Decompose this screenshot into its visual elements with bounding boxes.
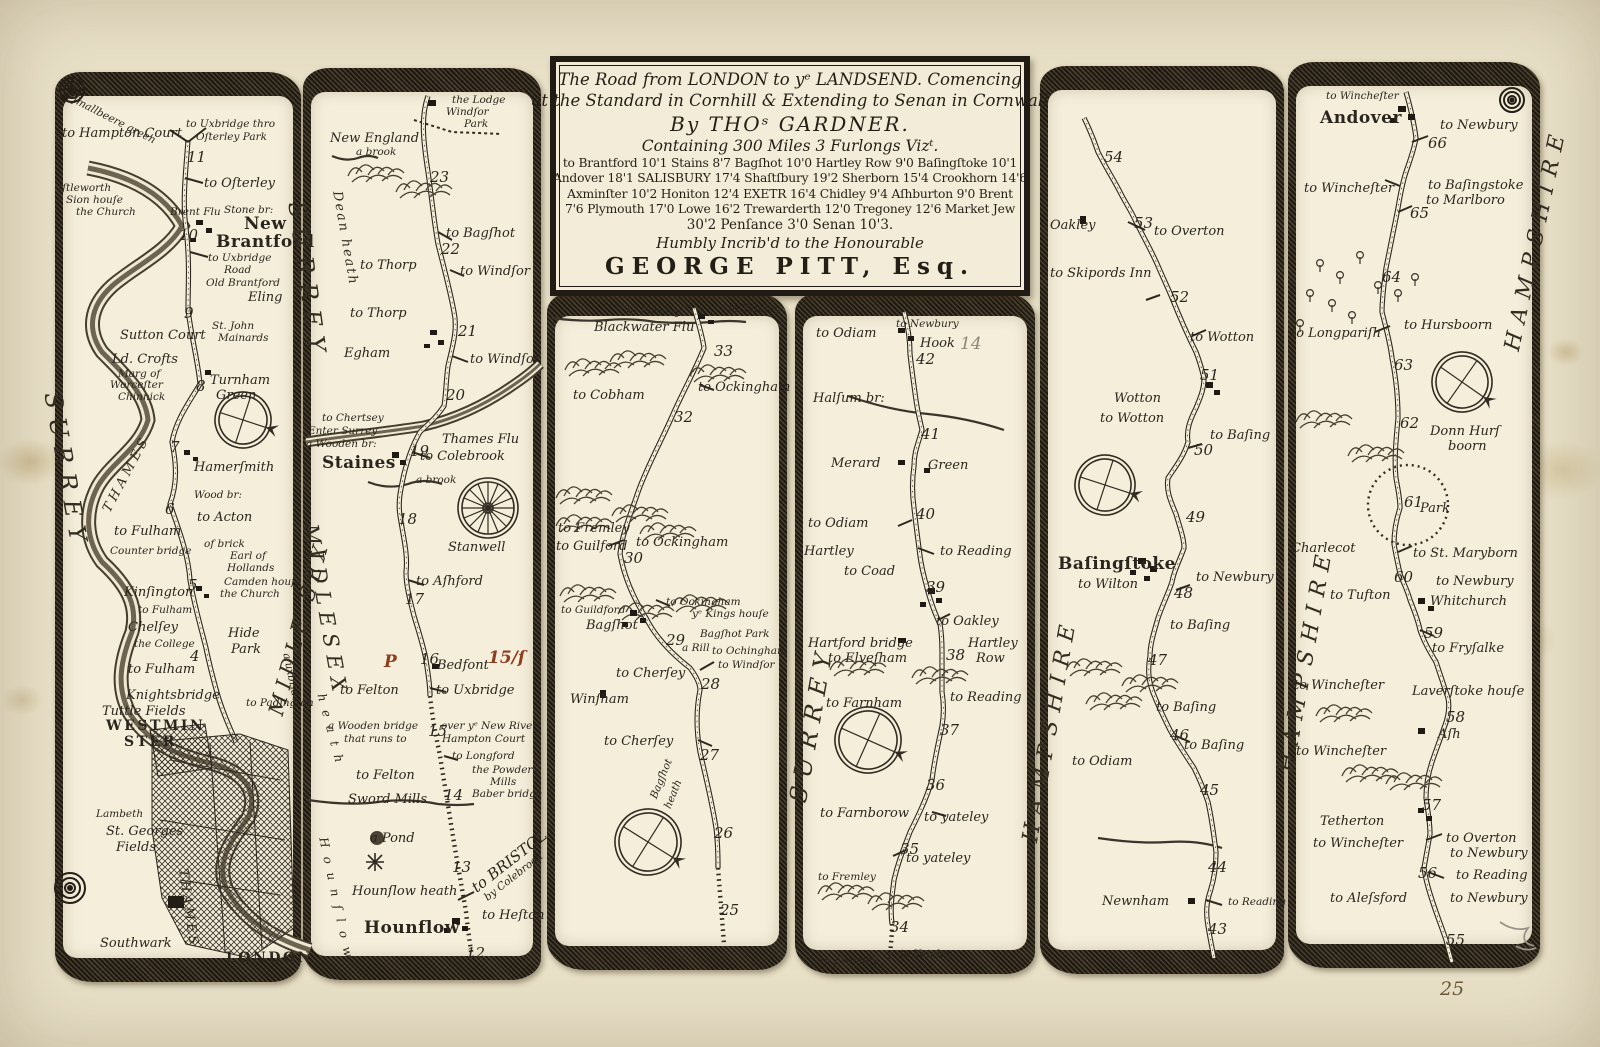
strip-3-paper: [555, 316, 779, 946]
cartouche-line: The Road from LONDON to yᵉ LANDSEND. Com…: [558, 70, 1021, 91]
strip-4-paper: [803, 316, 1027, 950]
cartouche-line: 30'2 Penſance 3'0 Senan 10'3.: [687, 217, 893, 234]
strip-2-paper: [311, 92, 533, 956]
strip-5-paper: [1048, 90, 1276, 950]
cartouche-line: GEORGE PITT, Esq.: [605, 253, 975, 282]
road-strip-3: [547, 292, 787, 970]
antique-road-map-page: { "page": { "page_number": "25" }, "cart…: [0, 0, 1600, 1047]
cartouche-line: to Brantford 10'1 Stains 8'7 Bagſhot 10'…: [563, 156, 1017, 171]
cartouche-line: Andover 18'1 SALISBURY 17'4 Shaſtſbury 1…: [553, 171, 1027, 186]
cartouche-line: By THOˢ GARDNER.: [670, 112, 910, 137]
cartouche-line: at the Standard in Cornhill & Extending …: [532, 91, 1049, 112]
strip-1-paper: [63, 96, 293, 958]
cartouche-lines: The Road from LONDON to yᵉ LANDSEND. Com…: [559, 65, 1021, 287]
cartouche-line: Axminſter 10'2 Honiton 12'4 EXETR 16'4 C…: [567, 187, 1013, 202]
road-strip-1: [55, 72, 301, 982]
title-cartouche: The Road from LONDON to yᵉ LANDSEND. Com…: [550, 56, 1030, 296]
cartouche-line: 7'6 Plymouth 17'0 Lowe 16'2 Trewarderth …: [565, 202, 1015, 217]
road-strip-2: [303, 68, 541, 980]
page-number: 25: [1440, 978, 1464, 1000]
road-strip-4: [795, 292, 1035, 974]
cartouche-line: Humbly Incrib'd to the Honourable: [656, 234, 924, 253]
road-strip-5: [1040, 66, 1284, 974]
cartouche-line: Containing 300 Miles 3 Furlongs Vizᵗ.: [642, 137, 939, 156]
strip-6-paper: [1296, 86, 1532, 944]
road-strip-6: [1288, 62, 1540, 968]
